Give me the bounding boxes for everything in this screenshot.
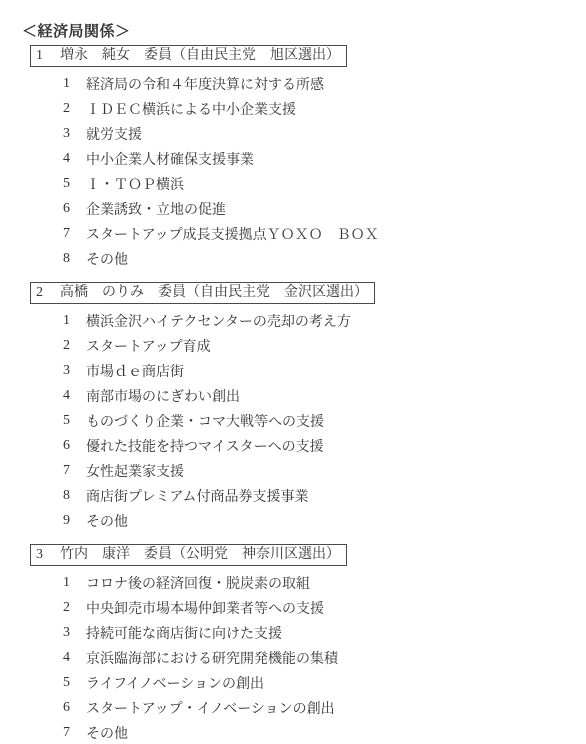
member-section: 1増永 純女 委員（自由民主党 旭区選出） 1 経済局の令和４年度決算に対する所… xyxy=(0,45,586,271)
agenda-item-row: 3 持続可能な商店街に向けた支援 xyxy=(0,620,586,645)
member-number: 1 xyxy=(36,47,43,64)
agenda-item-number: 8 xyxy=(62,251,71,267)
agenda-item-text: 優れた技能を持つマイスターへの支援 xyxy=(86,436,324,456)
agenda-item-row: 8 その他 xyxy=(0,246,586,271)
agenda-items: 1 コロナ後の経済回復・脱炭素の取組 2 中央卸売市場本場仲卸業者等への支援 3… xyxy=(0,570,586,744)
agenda-item-row: 5 Ｉ・ＴＯＰ横浜 xyxy=(0,171,586,196)
agenda-item-number: 9 xyxy=(62,513,71,529)
agenda-item-row: 7 スタートアップ成長支援拠点ＹＯＸＯ ＢＯＸ xyxy=(0,221,586,246)
page-title: ＜経済局関係＞ xyxy=(22,23,586,41)
member-header-label: 高橋 のりみ 委員（自由民主党 金沢区選出） xyxy=(60,285,368,300)
member-header-box: 3竹内 康洋 委員（公明党 神奈川区選出） xyxy=(30,544,347,566)
agenda-item-text: 商店街プレミアム付商品券支援事業 xyxy=(86,486,308,506)
agenda-item-text: ものづくり企業・コマ大戦等への支援 xyxy=(86,411,324,431)
agenda-item-text: 中小企業人材確保支援事業 xyxy=(86,149,254,169)
agenda-item-number: 2 xyxy=(62,338,71,354)
agenda-item-row: 6 スタートアップ・イノベーションの創出 xyxy=(0,695,586,720)
agenda-item-row: 5 ライフイノベーションの創出 xyxy=(0,670,586,695)
agenda-item-text: コロナ後の経済回復・脱炭素の取組 xyxy=(86,573,310,593)
agenda-item-text: 企業誘致・立地の促進 xyxy=(86,199,226,219)
member-number: 2 xyxy=(36,284,43,301)
agenda-item-row: 3 就労支援 xyxy=(0,121,586,146)
agenda-item-number: 7 xyxy=(62,725,71,741)
agenda-item-number: 1 xyxy=(62,76,71,92)
agenda-item-row: 6 優れた技能を持つマイスターへの支援 xyxy=(0,433,586,458)
agenda-item-number: 5 xyxy=(62,413,71,429)
member-header-box: 1増永 純女 委員（自由民主党 旭区選出） xyxy=(30,45,347,67)
agenda-item-row: 4 中小企業人材確保支援事業 xyxy=(0,146,586,171)
agenda-item-text: スタートアップ育成 xyxy=(86,336,211,356)
agenda-item-row: 9 その他 xyxy=(0,508,586,533)
agenda-item-text: スタートアップ成長支援拠点ＹＯＸＯ ＢＯＸ xyxy=(86,224,379,244)
agenda-item-row: 5 ものづくり企業・コマ大戦等への支援 xyxy=(0,408,586,433)
agenda-item-row: 7 その他 xyxy=(0,720,586,744)
agenda-item-row: 1 コロナ後の経済回復・脱炭素の取組 xyxy=(0,570,586,595)
agenda-item-number: 6 xyxy=(62,700,71,716)
agenda-item-row: 6 企業誘致・立地の促進 xyxy=(0,196,586,221)
agenda-item-number: 7 xyxy=(62,463,71,479)
agenda-item-text: その他 xyxy=(86,249,128,269)
agenda-item-number: 5 xyxy=(62,176,71,192)
agenda-item-row: 1 横浜金沢ハイテクセンターの売却の考え方 xyxy=(0,308,586,333)
agenda-items: 1 経済局の令和４年度決算に対する所感 2 ＩＤＥＣ横浜による中小企業支援 3 … xyxy=(0,71,586,271)
agenda-item-row: 7 女性起業家支援 xyxy=(0,458,586,483)
agenda-item-text: 経済局の令和４年度決算に対する所感 xyxy=(86,74,324,94)
agenda-item-number: 2 xyxy=(62,600,71,616)
agenda-item-number: 4 xyxy=(62,151,71,167)
member-header-label: 増永 純女 委員（自由民主党 旭区選出） xyxy=(60,48,340,63)
agenda-item-number: 5 xyxy=(62,675,71,691)
member-header-label: 竹内 康洋 委員（公明党 神奈川区選出） xyxy=(60,547,340,562)
agenda-items: 1 横浜金沢ハイテクセンターの売却の考え方 2 スタートアップ育成 3 市場ｄｅ… xyxy=(0,308,586,533)
agenda-item-text: Ｉ・ＴＯＰ横浜 xyxy=(86,174,184,194)
agenda-item-row: 3 市場ｄｅ商店街 xyxy=(0,358,586,383)
agenda-item-number: 4 xyxy=(62,388,71,404)
agenda-item-number: 1 xyxy=(62,313,71,329)
agenda-item-text: ＩＤＥＣ横浜による中小企業支援 xyxy=(86,99,296,119)
agenda-item-row: 2 ＩＤＥＣ横浜による中小企業支援 xyxy=(0,96,586,121)
agenda-item-number: 3 xyxy=(62,126,71,142)
agenda-item-text: 持続可能な商店街に向けた支援 xyxy=(86,623,282,643)
agenda-item-text: 就労支援 xyxy=(86,124,142,144)
agenda-item-row: 1 経済局の令和４年度決算に対する所感 xyxy=(0,71,586,96)
agenda-item-text: その他 xyxy=(86,723,128,743)
agenda-item-number: 1 xyxy=(62,575,71,591)
agenda-item-number: 3 xyxy=(62,363,71,379)
agenda-item-text: 中央卸売市場本場仲卸業者等への支援 xyxy=(86,598,324,618)
agenda-item-text: 女性起業家支援 xyxy=(86,461,184,481)
agenda-item-text: その他 xyxy=(86,511,128,531)
agenda-item-number: 2 xyxy=(62,101,71,117)
member-number: 3 xyxy=(36,546,43,563)
agenda-item-row: 2 中央卸売市場本場仲卸業者等への支援 xyxy=(0,595,586,620)
agenda-item-text: スタートアップ・イノベーションの創出 xyxy=(86,698,335,718)
agenda-item-number: 3 xyxy=(62,625,71,641)
member-section: 2高橋 のりみ 委員（自由民主党 金沢区選出） 1 横浜金沢ハイテクセンターの売… xyxy=(0,282,586,533)
agenda-item-number: 7 xyxy=(62,226,71,242)
member-section: 3竹内 康洋 委員（公明党 神奈川区選出） 1 コロナ後の経済回復・脱炭素の取組… xyxy=(0,544,586,744)
agenda-item-number: 4 xyxy=(62,650,71,666)
agenda-item-row: 4 南部市場のにぎわい創出 xyxy=(0,383,586,408)
agenda-item-row: 2 スタートアップ育成 xyxy=(0,333,586,358)
sections: 1増永 純女 委員（自由民主党 旭区選出） 1 経済局の令和４年度決算に対する所… xyxy=(0,45,586,744)
agenda-item-number: 6 xyxy=(62,201,71,217)
agenda-item-text: 横浜金沢ハイテクセンターの売却の考え方 xyxy=(86,311,351,331)
agenda-item-number: 6 xyxy=(62,438,71,454)
agenda-item-row: 8 商店街プレミアム付商品券支援事業 xyxy=(0,483,586,508)
agenda-item-number: 8 xyxy=(62,488,71,504)
agenda-item-text: 市場ｄｅ商店街 xyxy=(86,361,184,381)
document-page: ＜経済局関係＞ 1増永 純女 委員（自由民主党 旭区選出） 1 経済局の令和４年… xyxy=(0,0,586,744)
agenda-item-text: 南部市場のにぎわい創出 xyxy=(86,386,240,406)
member-header-box: 2高橋 のりみ 委員（自由民主党 金沢区選出） xyxy=(30,282,375,304)
agenda-item-row: 4 京浜臨海部における研究開発機能の集積 xyxy=(0,645,586,670)
agenda-item-text: 京浜臨海部における研究開発機能の集積 xyxy=(86,648,338,668)
agenda-item-text: ライフイノベーションの創出 xyxy=(86,673,264,693)
